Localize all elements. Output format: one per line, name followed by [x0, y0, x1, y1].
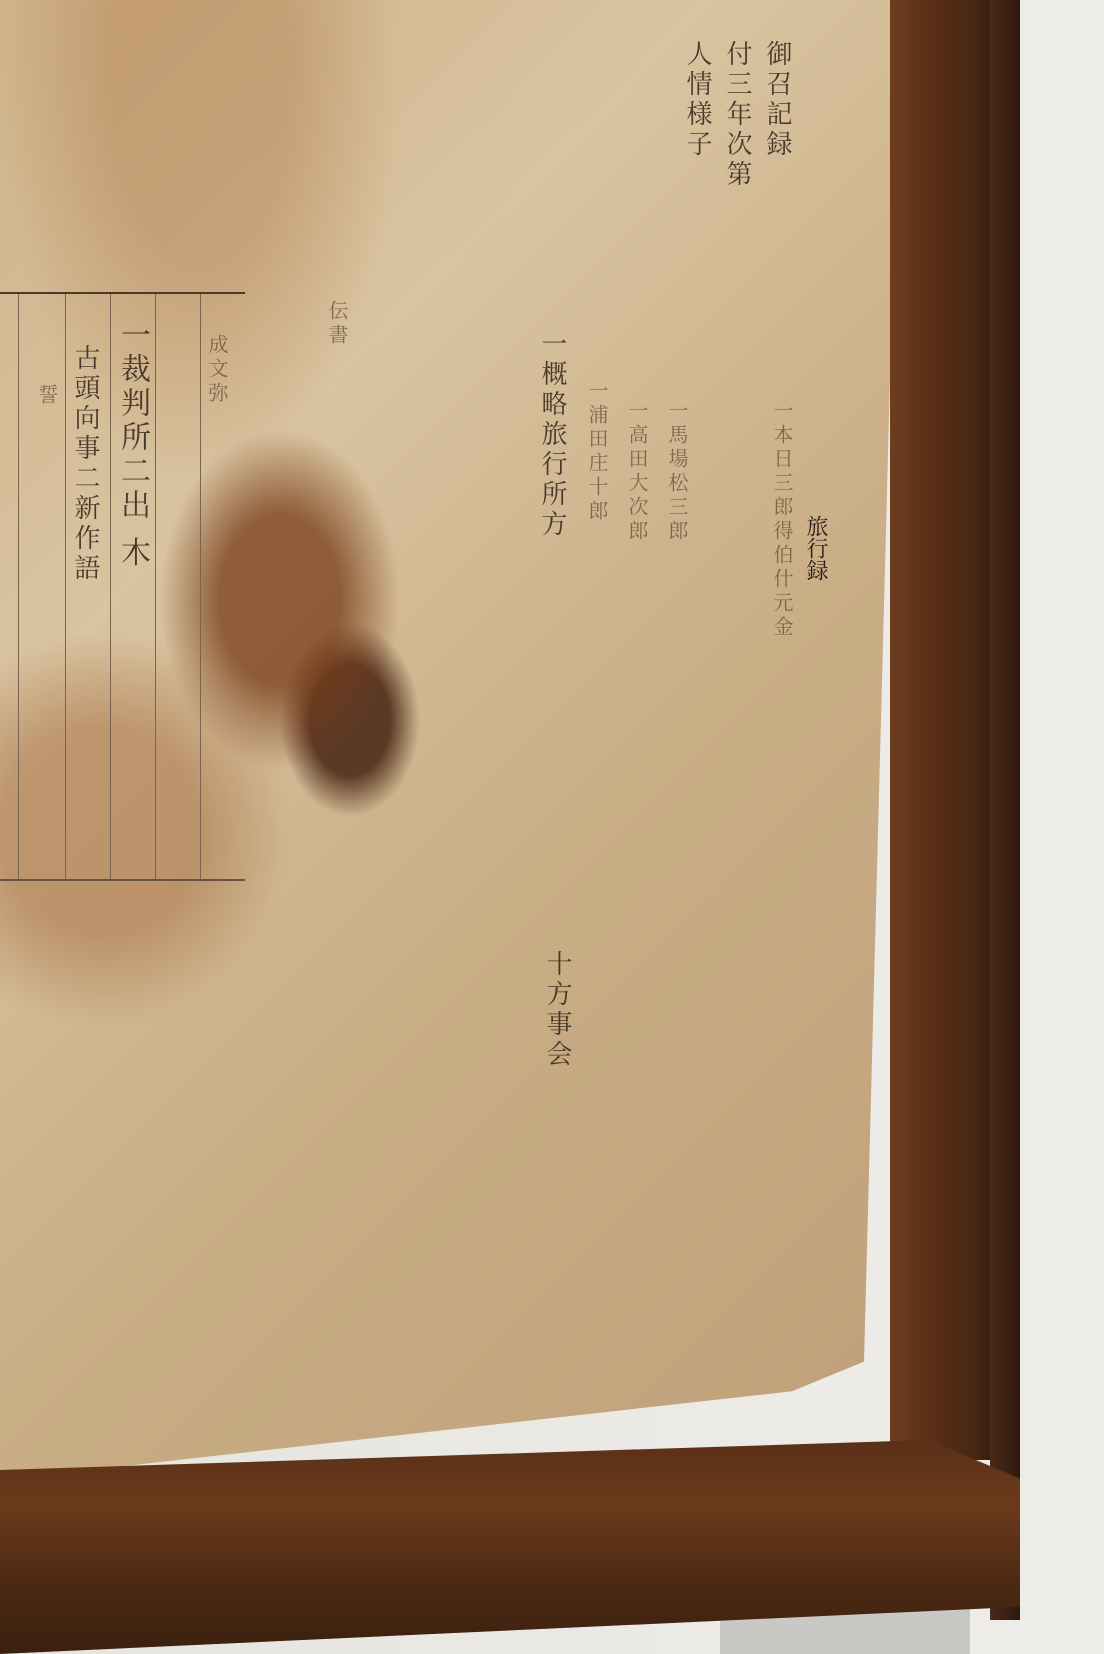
text-column: 御召記録	[760, 40, 794, 160]
text-column: 一馬場松三郎	[660, 400, 694, 544]
text-column: 付三年次第	[720, 40, 754, 190]
text-column: 一概略旅行所方	[535, 330, 569, 540]
document-title: 旅行録	[800, 515, 831, 581]
ruled-column: 一裁判所二出 木	[115, 319, 149, 571]
text-column: 一本日三郎得伯什元金	[765, 400, 799, 640]
ruled-column: 誓	[30, 384, 64, 408]
frame-right-outer	[990, 0, 1020, 1620]
text-column: 一浦田庄十郎	[580, 380, 614, 524]
aged-document: 一裁判所二出 木 古頭向事二新作語 成文弥 誓 旅行録 御召記録 付三年次第 人…	[0, 0, 900, 1480]
ruled-sheet: 一裁判所二出 木 古頭向事二新作語 成文弥 誓	[0, 292, 245, 881]
text-column: 人情様子	[680, 40, 714, 160]
text-column: 一高田大次郎	[620, 400, 654, 544]
text-column: 十方事会	[540, 950, 574, 1070]
ruled-column: 古頭向事二新作語	[68, 344, 102, 584]
frame-right-inner	[890, 0, 990, 1460]
ruled-column: 成文弥	[200, 334, 234, 406]
text-column: 伝書	[320, 300, 354, 348]
